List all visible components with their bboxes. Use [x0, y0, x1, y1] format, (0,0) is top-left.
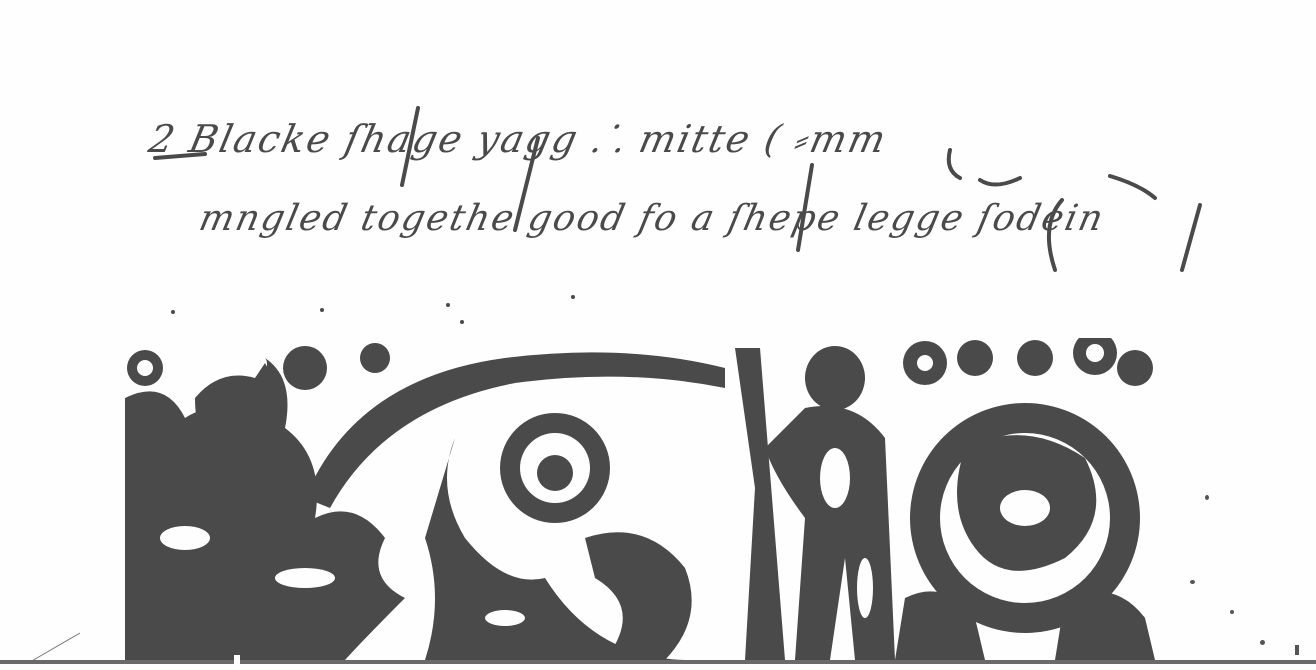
rule-gap	[234, 655, 240, 670]
ink-speck	[1260, 640, 1265, 645]
ink-speck	[1205, 495, 1209, 500]
ink-speck	[1190, 580, 1195, 584]
ink-speck	[1230, 610, 1234, 614]
handwriting-strokes	[0, 0, 1316, 330]
woodcut-illustration	[125, 338, 1160, 660]
bottom-rule	[0, 660, 1316, 664]
scanned-page: 2 Blacke ſhage yagg ⸫ mitte ( ⸗mm mngled…	[0, 0, 1316, 670]
ink-speck	[1295, 645, 1299, 655]
